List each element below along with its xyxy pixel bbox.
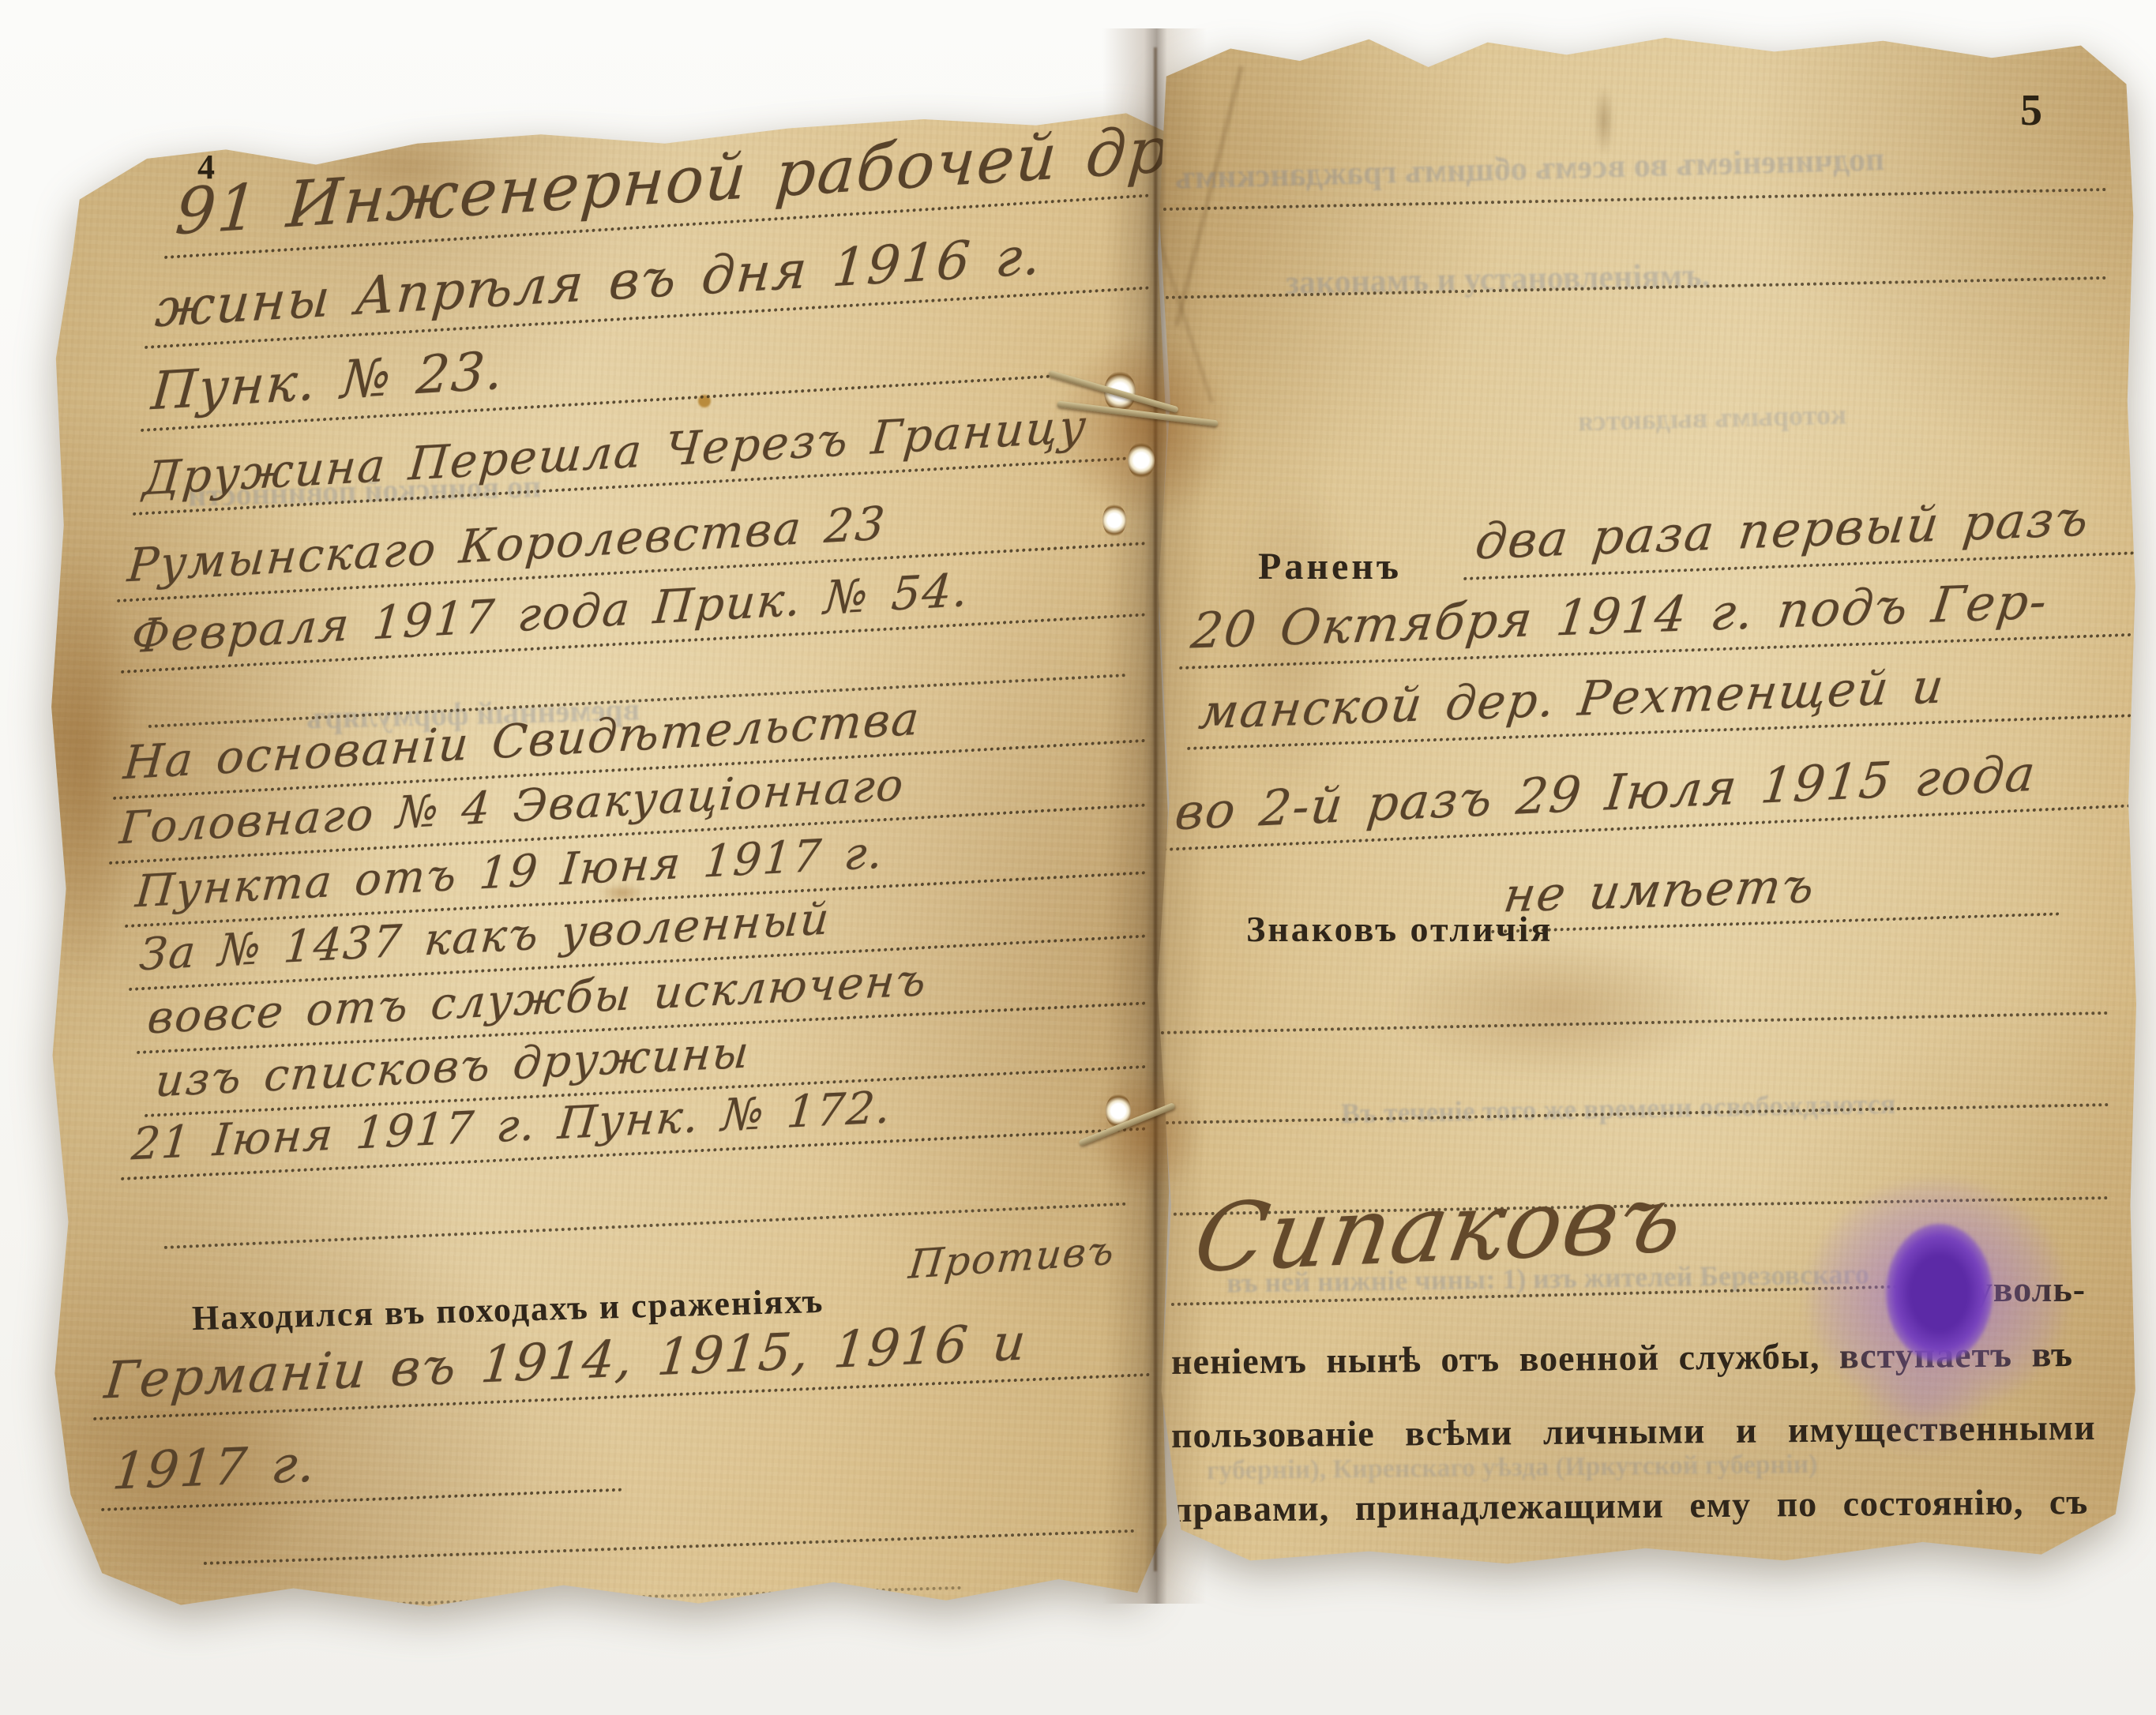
dotted-rule	[1159, 276, 2107, 299]
discharge-line: пользованіе всѣми личными и имущественны…	[1171, 1406, 2096, 1456]
discharge-line: неніемъ нынѣ отъ военной службы, вступае…	[1171, 1333, 2073, 1383]
dotted-rule	[1161, 1011, 2109, 1034]
handwritten-value: не имѣетъ	[1491, 850, 2069, 933]
bleedthrough-text: законамъ и установленіямъ.	[1286, 257, 1711, 302]
dotted-rule	[1166, 1103, 2109, 1124]
left-page: по воинской повинности временный формуля…	[46, 101, 1171, 1616]
left-page-paper: по воинской повинности временный формуля…	[46, 101, 1171, 1616]
crease-line	[1174, 65, 1244, 326]
bleedthrough-text: губерніи), Киренскаго уѣзда (Иркутской г…	[1207, 1450, 1818, 1486]
stitch-hole	[1128, 442, 1155, 478]
discharge-line: правами, принадлежащими ему по состоянію…	[1171, 1480, 2089, 1530]
handwritten-inline: Противъ	[907, 1227, 1117, 1288]
dotted-rule	[204, 1529, 1135, 1565]
tan-stain	[1388, 938, 1728, 1080]
bleedthrough-text: которымъ выдаются	[1578, 398, 1847, 438]
fold-crease	[1154, 47, 1157, 1571]
right-page: 5 подчиненіемъ во всемъ общимъ гражданск…	[1151, 30, 2140, 1576]
handwritten-line: во 2-й разъ 29 Іюля 1915 года	[1163, 739, 2145, 851]
bleedthrough-text: подчиненіемъ во всемъ общимъ гражданским…	[1175, 141, 1885, 197]
handwritten-line: два раза первый разъ	[1463, 487, 2143, 580]
handwritten-line: манской дер. Рехтенщей и	[1187, 652, 2146, 750]
page-number-right: 5	[2020, 85, 2042, 136]
handwritten-line: 1917 г.	[101, 1423, 629, 1511]
scanned-document: по воинской повинности временный формуля…	[0, 0, 2156, 1715]
dotted-rule	[1163, 188, 2107, 211]
top-tear-shadow	[1594, 85, 1614, 156]
ink-smudge	[1156, 1521, 1178, 1581]
stitch-hole	[1102, 504, 1126, 537]
wounded-label: Раненъ	[1258, 545, 1402, 588]
right-page-paper: 5 подчиненіемъ во всемъ общимъ гражданск…	[1151, 30, 2140, 1576]
discharge-suffix: , съ уволь-	[1906, 1268, 2086, 1310]
handwritten-signature: Сипаковъ	[1187, 1163, 1692, 1293]
dotted-rule	[251, 1586, 962, 1609]
